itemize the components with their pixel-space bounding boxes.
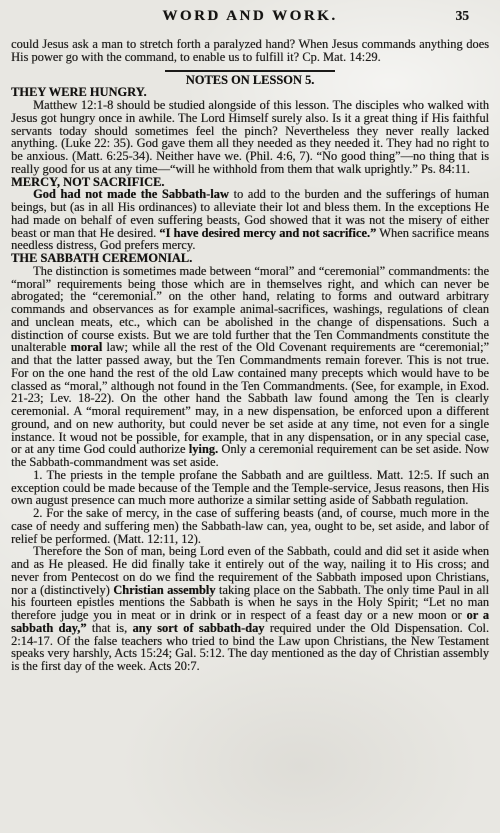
section-divider (165, 70, 335, 72)
page-number: 35 (456, 8, 470, 24)
paragraph: could Jesus ask a man to stretch forth a… (11, 38, 489, 64)
paragraph: Matthew 12:1-8 should be studied alongsi… (11, 99, 489, 176)
journal-title: WORD AND WORK. (162, 8, 337, 24)
paragraph: 1. The priests in the temple profane the… (11, 469, 489, 507)
text-run: could Jesus ask a man to stretch forth a… (11, 37, 489, 64)
text-run: 1. The priests in the temple profane the… (11, 468, 489, 508)
paragraph: Therefore the Son of man, being Lord eve… (11, 545, 489, 673)
text-run: NOTES ON LESSON 5. (186, 73, 315, 87)
paragraph: The distinction is sometimes made betwee… (11, 265, 489, 469)
paragraph: God had not made the Sabbath-law to add … (11, 188, 489, 252)
page: WORD AND WORK. 35 could Jesus ask a man … (0, 0, 500, 833)
text-run: Matthew 12:1-8 should be studied alongsi… (11, 98, 489, 176)
paragraph: 2. For the sake of mercy, in the case of… (11, 507, 489, 545)
text-run: 2. For the sake of mercy, in the case of… (11, 506, 489, 546)
page-header: WORD AND WORK. 35 (0, 0, 500, 25)
article-body: could Jesus ask a man to stretch forth a… (0, 38, 500, 673)
text-run: law; while all the rest of the Old Coven… (11, 340, 489, 456)
